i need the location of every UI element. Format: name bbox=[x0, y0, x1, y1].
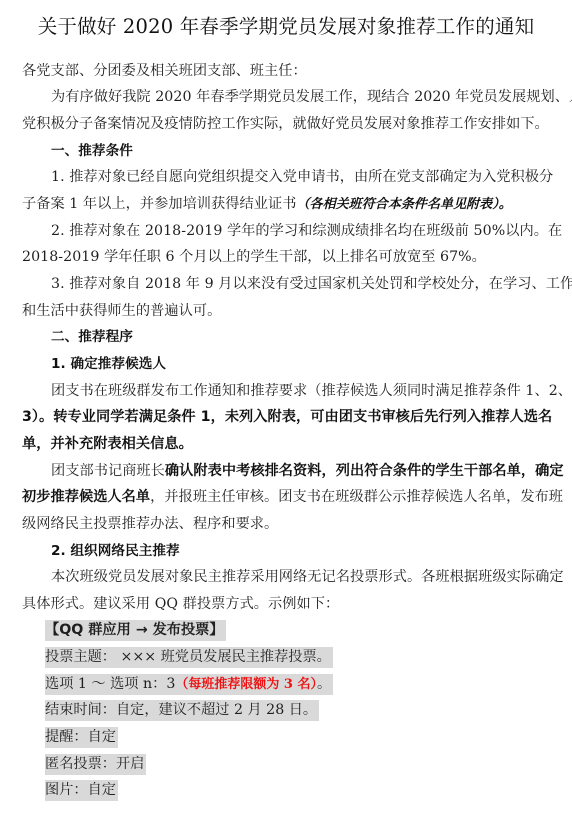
procedure-2-para-line-2: 具体形式。建议采用 QQ 群投票方式。示例如下： bbox=[22, 594, 544, 614]
example-topic: 投票主题： ××× 班党员发展民主推荐投票。 bbox=[45, 647, 333, 668]
example-options: 选项 1 ～ 选项 n：3（每班推荐限额为 3 名）。 bbox=[45, 674, 333, 695]
procedure-1-para-2-bold-2: 初步推荐候选人名单 bbox=[22, 489, 150, 505]
example-options-end: 。 bbox=[317, 676, 331, 692]
procedure-2-para-line-1: 本次班级党员发展对象民主推荐采用网络无记名投票形式。各班根据班级实际确定 bbox=[51, 567, 544, 587]
procedure-1-para-2-text-2: ，并报班主任审核。团支书在班级群公示推荐候选人名单，发布班 bbox=[150, 489, 563, 505]
example-options-text: 选项 1 ～ 选项 n：3 bbox=[45, 676, 175, 692]
condition-2-line-2: 2018-2019 学年任职 6 个月以上的学生干部，以上排名可放宽至 67%。 bbox=[22, 247, 544, 267]
procedure-1-para-2-line-2: 初步推荐候选人名单，并报班主任审核。团支书在班级群公示推荐候选人名单，发布班 bbox=[22, 487, 544, 507]
example-reminder: 提醒：自定 bbox=[45, 727, 118, 748]
condition-1-text: 子备案 1 年以上，并参加培训获得结业证书 bbox=[22, 196, 296, 212]
example-image: 图片：自定 bbox=[45, 780, 118, 801]
condition-3-line-1: 3. 推荐对象自 2018 年 9 月以来没有受过国家机关处罚和学校处分，在学习… bbox=[51, 274, 544, 294]
procedure-1-para-1-line-2: 3）。转专业同学若满足条件 1，未列入附表，可由团支书审核后先行列入推荐人选名 bbox=[22, 407, 544, 427]
condition-3-line-2: 和生活中获得师生的普遍认可。 bbox=[22, 301, 544, 321]
document-title: 关于做好 2020 年春季学期党员发展对象推荐工作的通知 bbox=[0, 13, 572, 41]
procedure-1-para-1-line-3: 单，并补充附表相关信息。 bbox=[22, 434, 544, 454]
section-1-heading: 一、推荐条件 bbox=[51, 141, 544, 161]
procedure-1-para-2-text: 团支部书记商班长 bbox=[51, 463, 165, 479]
example-end-time: 结束时间：自定，建议不超过 2 月 28 日。 bbox=[45, 700, 319, 721]
condition-1-line-1: 1. 推荐对象已经自愿向党组织提交入党申请书，由所在党支部确定为入党积极分 bbox=[51, 167, 544, 187]
section-2-heading: 二、推荐程序 bbox=[51, 327, 544, 347]
intro-line-2: 党积极分子备案情况及疫情防控工作实际，就做好党员发展对象推荐工作安排如下。 bbox=[22, 114, 544, 134]
condition-1-note: （各相关班符合本条件名单见附表）。 bbox=[296, 197, 511, 212]
intro-line-1: 为有序做好我院 2020 年春季学期党员发展工作，现结合 2020 年党员发展规… bbox=[51, 87, 544, 107]
condition-2-line-1: 2. 推荐对象在 2018-2019 学年的学习和综测成绩排名均在班级前 50%… bbox=[51, 221, 544, 241]
condition-1-line-2: 子备案 1 年以上，并参加培训获得结业证书（各相关班符合本条件名单见附表）。 bbox=[22, 194, 544, 215]
procedure-2-heading: 2. 组织网络民主推荐 bbox=[51, 541, 544, 561]
example-options-quota-note: （每班推荐限额为 3 名） bbox=[175, 677, 317, 692]
procedure-1-para-2-line-1: 团支部书记商班长确认附表中考核排名资料，列出符合条件的学生干部名单，确定 bbox=[51, 461, 544, 481]
procedure-1-heading: 1. 确定推荐候选人 bbox=[51, 354, 544, 374]
procedure-1-para-2-line-3: 级网络民主投票推荐办法、程序和要求。 bbox=[22, 514, 544, 534]
procedure-1-para-2-bold: 确认附表中考核排名资料，列出符合条件的学生干部名单，确定 bbox=[165, 463, 564, 479]
document-page: 关于做好 2020 年春季学期党员发展对象推荐工作的通知 各党支部、分团委及相关… bbox=[0, 0, 572, 814]
example-path: 【QQ 群应用 → 发布投票】 bbox=[45, 620, 226, 641]
procedure-1-para-1-line-1: 团支书在班级群发布工作通知和推荐要求（推荐候选人须同时满足推荐条件 1、2、 bbox=[51, 381, 544, 401]
salutation: 各党支部、分团委及相关班团支部、班主任： bbox=[22, 61, 544, 81]
example-anonymous: 匿名投票：开启 bbox=[45, 754, 146, 775]
